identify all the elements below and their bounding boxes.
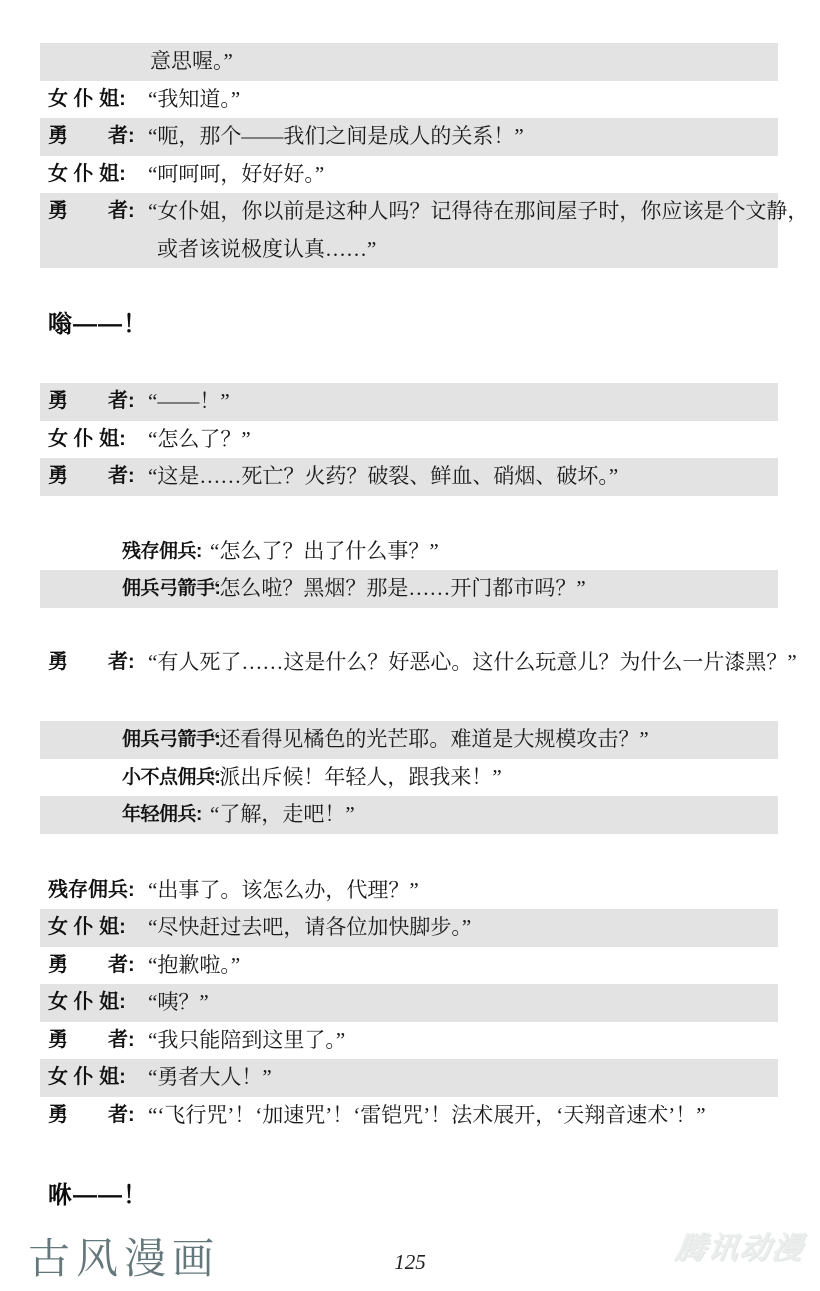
dialogue-text-line2: 或者该说极度认真……” <box>157 231 808 269</box>
dialogue-text: “抱歉啦。” <box>148 947 240 985</box>
speaker-label: 勇 者: <box>48 1022 148 1060</box>
dialogue-text: “我只能陪到这里了。” <box>148 1022 345 1060</box>
dialogue-row: 小不点佣兵: “派出斥候！年轻人，跟我来！” <box>40 759 778 797</box>
dialogue-row: 佣兵弓箭手: “还看得见橘色的光芒耶。难道是大规模攻击？” <box>40 721 778 759</box>
speaker-label: 女 仆 姐: <box>48 1059 148 1097</box>
speaker-label: 勇 者: <box>48 458 148 496</box>
speaker-label: 小不点佣兵: <box>122 759 210 797</box>
dialogue-row: 勇 者: “这是……死亡？火药？破裂、鲜血、硝烟、破坏。” <box>40 458 778 496</box>
speaker-label: 勇 者: <box>48 1097 148 1135</box>
dialogue-row: 勇 者: “‘飞行咒’！‘加速咒’！‘雷铠咒’！法术展开，‘天翔音速术’！” <box>40 1097 778 1135</box>
dialogue-text: “出事了。该怎么办，代理？” <box>148 872 419 910</box>
dialogue-row: 女 仆 姐: “怎么了？” <box>40 421 778 459</box>
dialogue-row: 女 仆 姐: “咦？” <box>40 984 778 1022</box>
platform-logo: 腾讯动漫 <box>673 1230 806 1268</box>
speaker-label: 年轻佣兵: <box>122 796 210 834</box>
dialogue-row: 勇 者: “我只能陪到这里了。” <box>40 1022 778 1060</box>
dialogue-text-line1: “女仆姐，你以前是这种人吗？记得待在那间屋子时，你应该是个文静， <box>148 193 808 231</box>
dialogue-text: “勇者大人！” <box>148 1059 272 1097</box>
dialogue-text: “还看得见橘色的光芒耶。难道是大规模攻击？” <box>210 721 649 759</box>
speaker-label: 残存佣兵: <box>48 872 148 910</box>
speaker-label: 勇 者: <box>48 383 148 421</box>
dialogue-text: “——！” <box>148 383 230 421</box>
dialogue-text: “派出斥候！年轻人，跟我来！” <box>210 759 502 797</box>
speaker-label: 残存佣兵: <box>122 533 210 571</box>
dialogue-row: 女 仆 姐: “呵呵呵，好好好。” <box>40 156 778 194</box>
sfx-text: 咻——！ <box>40 1181 778 1211</box>
speaker-label: 女 仆 姐: <box>48 156 148 194</box>
speaker-label: 勇 者: <box>48 118 148 156</box>
speaker-label: 勇 者: <box>48 193 148 231</box>
dialogue-text: “‘飞行咒’！‘加速咒’！‘雷铠咒’！法术展开，‘天翔音速术’！” <box>148 1097 706 1135</box>
dialogue-text: “怎么啦？黑烟？那是……开门都市吗？” <box>210 570 586 608</box>
dialogue-text: “咦？” <box>148 984 209 1022</box>
dialogue-text: “尽快赶过去吧，请各位加快脚步。” <box>148 909 471 947</box>
dialogue-text: “这是……死亡？火药？破裂、鲜血、硝烟、破坏。” <box>148 458 618 496</box>
dialogue-row: 勇 者: “抱歉啦。” <box>40 947 778 985</box>
speaker-label: 女 仆 姐: <box>48 909 148 947</box>
dialogue-text: “怎么了？” <box>148 421 251 459</box>
sfx-text: 嗡——！ <box>40 310 778 340</box>
dialogue-row: 勇 者: “呃，那个——我们之间是成人的关系！” <box>40 118 778 156</box>
dialogue-row: 年轻佣兵: “了解，走吧！” <box>40 796 778 834</box>
dialogue-row: 勇 者: “有人死了……这是什么？好恶心。这什么玩意儿？为什么一片漆黑？” <box>40 644 778 682</box>
dialogue-row: 残存佣兵: “出事了。该怎么办，代理？” <box>40 872 778 910</box>
speaker-label: 佣兵弓箭手: <box>122 721 210 759</box>
dialogue-text: “女仆姐，你以前是这种人吗？记得待在那间屋子时，你应该是个文静， 或者该说极度认… <box>148 193 808 268</box>
dialogue-content: 意思喔。” 女 仆 姐: “我知道。” 勇 者: “呃，那个——我们之间是成人的… <box>40 43 778 1211</box>
dialogue-block: 残存佣兵: “出事了。该怎么办，代理？” 女 仆 姐: “尽快赶过去吧，请各位加… <box>40 872 778 1135</box>
dialogue-block: 勇 者: “——！” 女 仆 姐: “怎么了？” 勇 者: “这是……死亡？火药… <box>40 383 778 496</box>
dialogue-text: “呃，那个——我们之间是成人的关系！” <box>148 118 524 156</box>
dialogue-row: 女 仆 姐: “勇者大人！” <box>40 1059 778 1097</box>
dialogue-block: 佣兵弓箭手: “还看得见橘色的光芒耶。难道是大规模攻击？” 小不点佣兵: “派出… <box>40 721 778 834</box>
speaker-label: 勇 者: <box>48 947 148 985</box>
dialogue-row: 佣兵弓箭手: “怎么啦？黑烟？那是……开门都市吗？” <box>40 570 778 608</box>
dialogue-block: 意思喔。” 女 仆 姐: “我知道。” 勇 者: “呃，那个——我们之间是成人的… <box>40 43 778 268</box>
dialogue-text: “了解，走吧！” <box>210 796 355 834</box>
dialogue-row: 女 仆 姐: “我知道。” <box>40 81 778 119</box>
speaker-label: 女 仆 姐: <box>48 81 148 119</box>
speaker-label: 佣兵弓箭手: <box>122 570 210 608</box>
dialogue-text: “有人死了……这是什么？好恶心。这什么玩意儿？为什么一片漆黑？” <box>148 644 797 682</box>
dialogue-block: 残存佣兵: “怎么了？出了什么事？” 佣兵弓箭手: “怎么啦？黑烟？那是……开门… <box>40 533 778 608</box>
speaker-label: 女 仆 姐: <box>48 984 148 1022</box>
dialogue-text: “我知道。” <box>148 81 240 119</box>
dialogue-text: “怎么了？出了什么事？” <box>210 533 439 571</box>
dialogue-text: “呵呵呵，好好好。” <box>148 156 324 194</box>
dialogue-row: 勇 者: “女仆姐，你以前是这种人吗？记得待在那间屋子时，你应该是个文静， 或者… <box>40 193 778 268</box>
dialogue-row: 女 仆 姐: “尽快赶过去吧，请各位加快脚步。” <box>40 909 778 947</box>
dialogue-row: 残存佣兵: “怎么了？出了什么事？” <box>40 533 778 571</box>
dialogue-row: 勇 者: “——！” <box>40 383 778 421</box>
dialogue-row: 意思喔。” <box>40 43 778 81</box>
novel-page: 意思喔。” 女 仆 姐: “我知道。” 勇 者: “呃，那个——我们之间是成人的… <box>0 0 820 1291</box>
dialogue-text: 意思喔。” <box>150 43 233 81</box>
speaker-label: 勇 者: <box>48 644 148 682</box>
speaker-label: 女 仆 姐: <box>48 421 148 459</box>
